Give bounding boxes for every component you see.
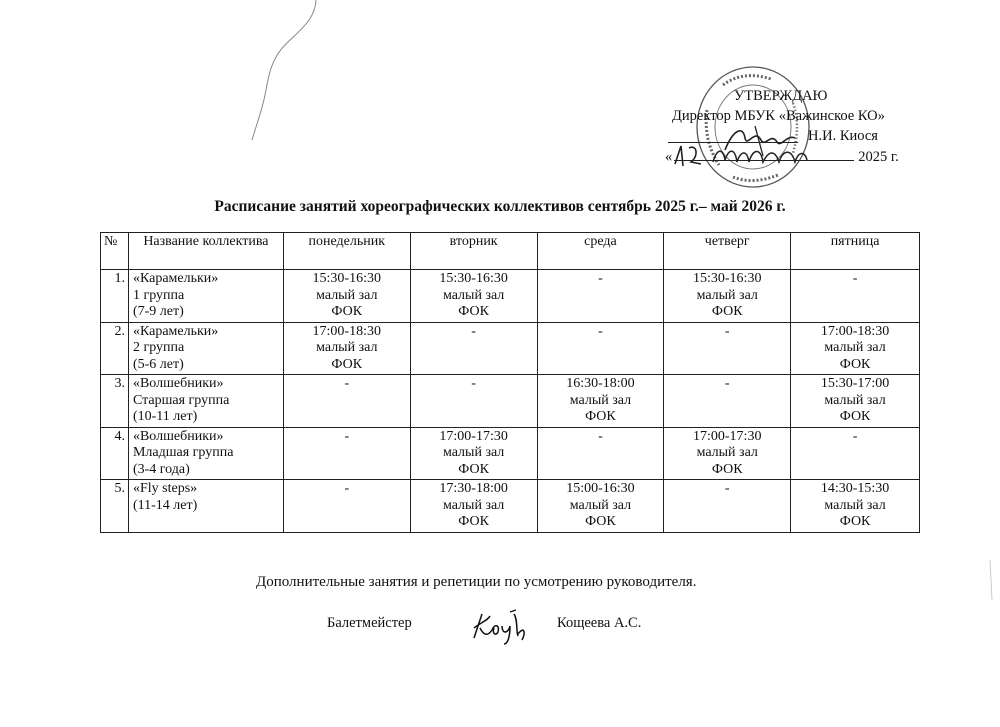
table-row: 3.«Волшебники»Старшая группа(10-11 лет)-… (101, 375, 920, 428)
slot-line: ФОК (287, 304, 407, 321)
collective-name-line: (3-4 года) (133, 462, 280, 479)
slot-line: - (541, 271, 661, 288)
slot-wednesday: - (537, 427, 664, 480)
slot-line: - (287, 429, 407, 446)
slot-line: малый зал (414, 498, 534, 515)
collective-name: «Карамельки»2 группа(5-6 лет) (128, 322, 283, 375)
collective-name: «Fly steps»(11-14 лет) (128, 480, 283, 533)
slot-line: 15:00-16:30 (541, 481, 661, 498)
collective-name-line: Младшая группа (133, 445, 280, 462)
signer-role: Балетмейстер (327, 615, 412, 632)
slot-line: малый зал (541, 393, 661, 410)
slot-line: - (287, 481, 407, 498)
slot-thursday: - (664, 322, 791, 375)
slot-line: ФОК (794, 409, 916, 426)
collective-name: «Волшебники»Старшая группа(10-11 лет) (128, 375, 283, 428)
column-header-wednesday: среда (537, 233, 664, 270)
collective-name-line: 1 группа (133, 288, 280, 305)
slot-friday: - (791, 427, 920, 480)
row-number: 1. (101, 270, 129, 323)
slot-line: ФОК (667, 462, 787, 479)
slot-line: - (667, 324, 787, 341)
slot-friday: - (791, 270, 920, 323)
slot-monday: - (283, 480, 410, 533)
slot-friday: 15:30-17:00малый залФОК (791, 375, 920, 428)
slot-line: - (794, 271, 916, 288)
slot-friday: 14:30-15:30малый залФОК (791, 480, 920, 533)
slot-line: ФОК (287, 357, 407, 374)
slot-line: 16:30-18:00 (541, 376, 661, 393)
slot-thursday: 17:00-17:30малый залФОК (664, 427, 791, 480)
slot-tuesday: 17:00-17:30малый залФОК (410, 427, 537, 480)
row-number: 3. (101, 375, 129, 428)
slot-line: малый зал (287, 340, 407, 357)
collective-name-line: (7-9 лет) (133, 304, 280, 321)
slot-line: малый зал (414, 288, 534, 305)
column-header-monday: понедельник (283, 233, 410, 270)
slot-line: ФОК (667, 304, 787, 321)
slot-monday: 15:30-16:30малый залФОК (283, 270, 410, 323)
slot-wednesday: - (537, 270, 664, 323)
column-header-name: Название коллектива (128, 233, 283, 270)
slot-tuesday: 15:30-16:30малый залФОК (410, 270, 537, 323)
slot-line: малый зал (287, 288, 407, 305)
table-row: 4.«Волшебники»Младшая группа(3-4 года)-1… (101, 427, 920, 480)
slot-line: - (794, 429, 916, 446)
slot-line: 17:00-18:30 (287, 324, 407, 341)
column-header-number: № (101, 233, 129, 270)
row-number: 4. (101, 427, 129, 480)
slot-line: 17:30-18:00 (414, 481, 534, 498)
table-row: 5.«Fly steps»(11-14 лет)-17:30-18:00малы… (101, 480, 920, 533)
signer-name: Кощеева А.С. (557, 615, 641, 632)
collective-name-line: «Карамельки» (133, 324, 280, 341)
slot-monday: 17:00-18:30малый залФОК (283, 322, 410, 375)
slot-line: ФОК (541, 409, 661, 426)
slot-friday: 17:00-18:30малый залФОК (791, 322, 920, 375)
slot-monday: - (283, 375, 410, 428)
slot-thursday: 15:30-16:30малый залФОК (664, 270, 791, 323)
slot-line: - (667, 376, 787, 393)
slot-wednesday: - (537, 322, 664, 375)
collective-name-line: 2 группа (133, 340, 280, 357)
slot-line: ФОК (414, 304, 534, 321)
schedule-table-body: 1.«Карамельки»1 группа(7-9 лет)15:30-16:… (101, 270, 920, 533)
column-header-tuesday: вторник (410, 233, 537, 270)
collective-name-line: Старшая группа (133, 393, 280, 410)
approval-heading: УТВЕРЖДАЮ (734, 86, 827, 106)
table-row: 1.«Карамельки»1 группа(7-9 лет)15:30-16:… (101, 270, 920, 323)
collective-name-line: «Карамельки» (133, 271, 280, 288)
slot-line: - (541, 324, 661, 341)
row-number: 2. (101, 322, 129, 375)
slot-wednesday: 15:00-16:30малый залФОК (537, 480, 664, 533)
table-row: 2.«Карамельки»2 группа(5-6 лет)17:00-18:… (101, 322, 920, 375)
slot-tuesday: - (410, 375, 537, 428)
slot-line: ФОК (794, 357, 916, 374)
slot-line: ФОК (414, 462, 534, 479)
slot-line: малый зал (667, 445, 787, 462)
slot-line: 17:00-17:30 (667, 429, 787, 446)
slot-thursday: - (664, 375, 791, 428)
slot-line: - (541, 429, 661, 446)
page-title: Расписание занятий хореографических колл… (0, 198, 1000, 216)
slot-tuesday: 17:30-18:00малый залФОК (410, 480, 537, 533)
slot-wednesday: 16:30-18:00малый залФОК (537, 375, 664, 428)
collective-name-line: (11-14 лет) (133, 498, 280, 515)
row-number: 5. (101, 480, 129, 533)
slot-line: 15:30-17:00 (794, 376, 916, 393)
slot-thursday: - (664, 480, 791, 533)
slot-monday: - (283, 427, 410, 480)
additional-note: Дополнительные занятия и репетиции по ус… (256, 574, 696, 591)
slot-line: 15:30-16:30 (667, 271, 787, 288)
collective-name-line: «Fly steps» (133, 481, 280, 498)
slot-line: малый зал (414, 445, 534, 462)
column-header-friday: пятница (791, 233, 920, 270)
slot-line: 15:30-16:30 (287, 271, 407, 288)
slot-line: малый зал (541, 498, 661, 515)
collective-name: «Карамельки»1 группа(7-9 лет) (128, 270, 283, 323)
slot-line: 14:30-15:30 (794, 481, 916, 498)
slot-line: малый зал (794, 498, 916, 515)
slot-line: малый зал (794, 340, 916, 357)
slot-line: - (667, 481, 787, 498)
slot-line: - (414, 376, 534, 393)
ballet-master-signature-icon (466, 606, 536, 646)
column-header-thursday: четверг (664, 233, 791, 270)
collective-name-line: (5-6 лет) (133, 357, 280, 374)
slot-line: ФОК (541, 514, 661, 531)
slot-line: малый зал (667, 288, 787, 305)
approval-year: 2025 г. (858, 149, 899, 165)
handwritten-date-icon (665, 140, 825, 174)
slot-line: ФОК (794, 514, 916, 531)
collective-name-line: «Волшебники» (133, 376, 280, 393)
slot-line: ФОК (414, 514, 534, 531)
slot-line: - (287, 376, 407, 393)
schedule-table: № Название коллектива понедельник вторни… (100, 232, 920, 533)
collective-name-line: «Волшебники» (133, 429, 280, 446)
collective-name: «Волшебники»Младшая группа(3-4 года) (128, 427, 283, 480)
collective-name-line: (10-11 лет) (133, 409, 280, 426)
slot-line: малый зал (794, 393, 916, 410)
slot-line: 17:00-17:30 (414, 429, 534, 446)
slot-line: 17:00-18:30 (794, 324, 916, 341)
slot-line: - (414, 324, 534, 341)
slot-line: 15:30-16:30 (414, 271, 534, 288)
table-header-row: № Название коллектива понедельник вторни… (101, 233, 920, 270)
slot-tuesday: - (410, 322, 537, 375)
